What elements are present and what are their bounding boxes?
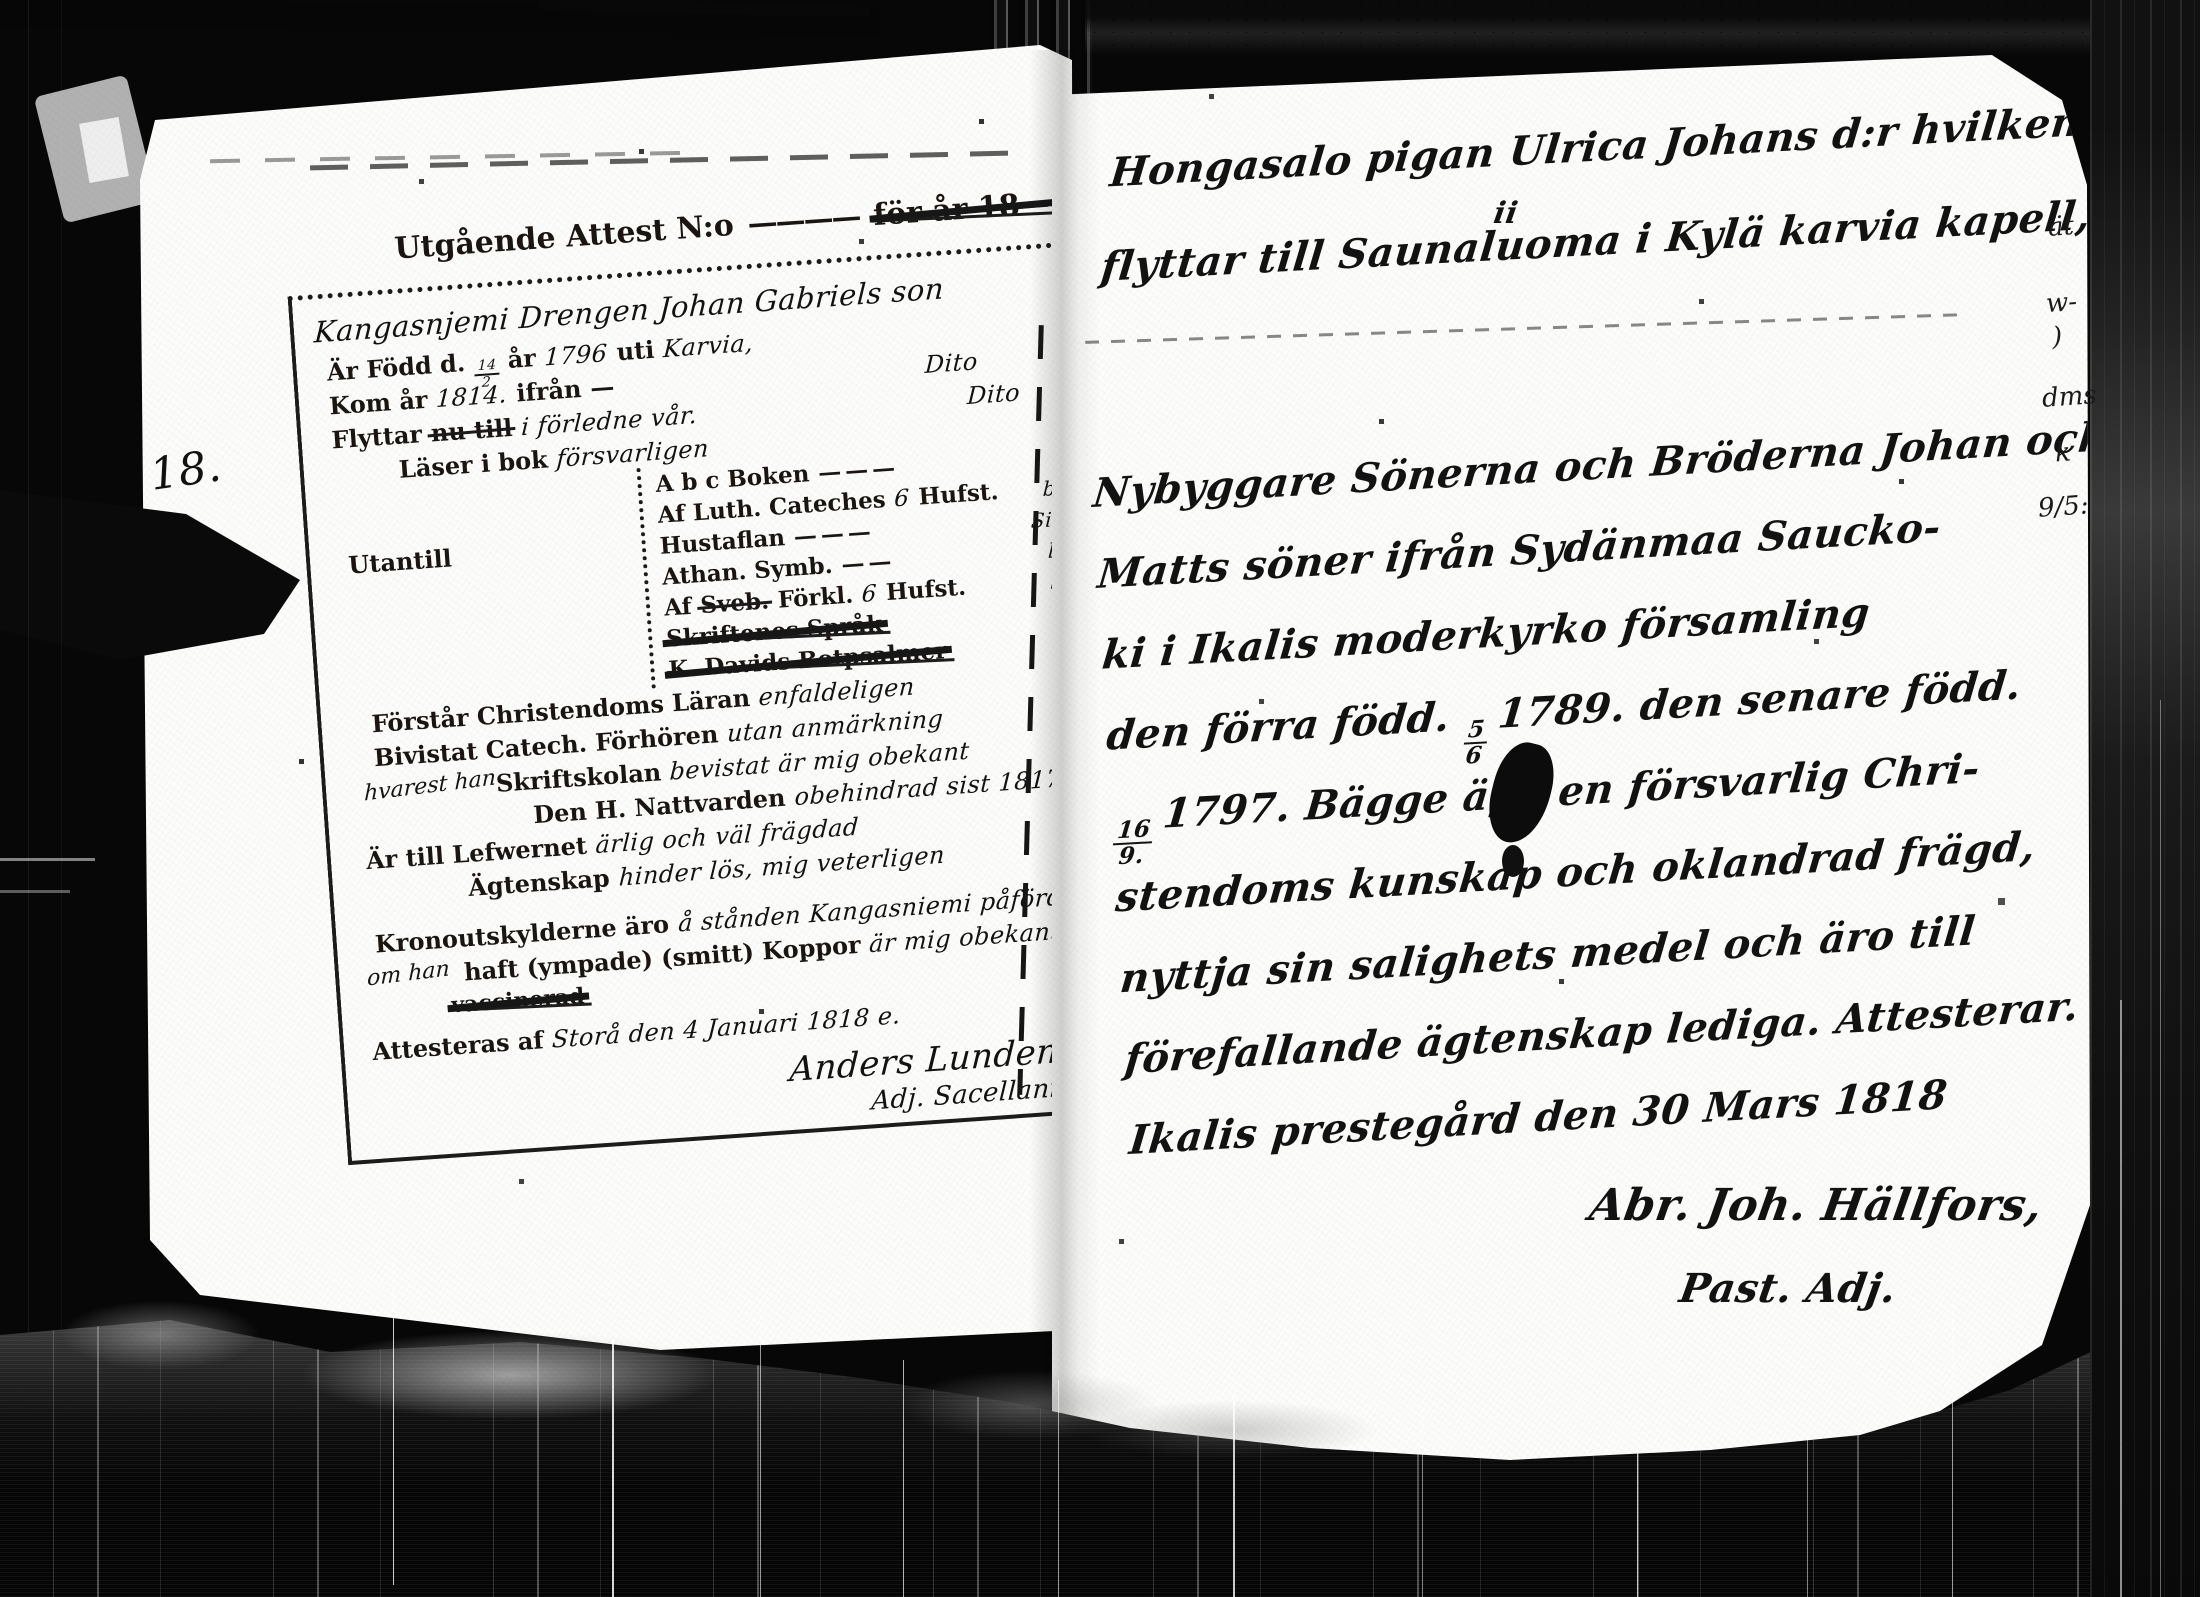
dotted-divider (636, 468, 655, 689)
printed-label: Flyttar (331, 419, 423, 454)
scratch-line (1952, 1300, 1953, 1597)
fraction-numerator: 14 (475, 358, 500, 376)
edge-text-fragment: w- (2045, 287, 2078, 319)
scratch-line (393, 1255, 394, 1585)
edge-text-fragment: ät (2047, 211, 2075, 243)
signature-name: Abr. Joh. Hällfors, (1586, 1180, 2046, 1231)
left-page: 18. Utgående Attest N:o ———— för år 18——… (140, 40, 1075, 1370)
blank-dash: — (589, 372, 613, 402)
printed-label: Hustaflan (659, 524, 786, 560)
form-title: Utgående Attest N:o (393, 208, 735, 267)
scan-blotch (1080, 1400, 1380, 1460)
handwritten-text: 1789. den senare född. (1496, 661, 2024, 738)
margin-entry-number: 18. (147, 440, 225, 500)
printed-label: Skriftskolan (495, 757, 662, 797)
ditto-mark: Dito (966, 378, 1020, 410)
scratch-line (1058, 1380, 1059, 1597)
edge-text-fragment: k (2054, 437, 2072, 468)
ditto-mark: Dito (924, 347, 978, 379)
handwritten-text: Hongasalo pigan Ulrica Johans d:r hvilke… (1108, 94, 2157, 196)
group-label-utantill: Utantill (347, 543, 452, 579)
arrival-year: 1814. (436, 380, 509, 413)
printed-label: ifrån (515, 374, 582, 407)
printed-label: Är Född d. (326, 348, 466, 387)
handwritten-text: flyttar till Saunaluoma i Kylä karvia ka… (1099, 192, 2093, 291)
scan-specks (0, 0, 3, 3)
printed-label: uti (616, 335, 656, 367)
handwritten-text: förefallande ägtenskap lediga. Attestera… (1123, 983, 2082, 1084)
scan-edge-right (2090, 0, 2200, 1597)
scratch-line (2120, 1000, 2122, 1597)
fraction-denominator: 6 (1465, 744, 1484, 769)
printed-label: år (507, 343, 537, 374)
edge-text-fragment: ) (2051, 322, 2063, 353)
printed-label: Hufst. (918, 478, 1000, 511)
printed-label: Ägtenskap (467, 863, 610, 902)
right-page-top-entry: Hongasalo pigan Ulrica Johans d:r hvilke… (1095, 95, 2163, 338)
scratch-line (903, 1360, 904, 1597)
handwritten-line: Hongasalo pigan Ulrica Johans d:r hvilke… (1095, 95, 2155, 192)
right-page-main-entry: Nybyggare Sönerna och Bröderna Johan och… (1092, 404, 2200, 1198)
blank-dash: — — (841, 548, 891, 578)
scratch-line (1233, 1395, 1235, 1597)
handwritten-line: flyttar till Saunaluoma i Kylä karvia ka… (1100, 188, 2160, 285)
understanding-grade: enfaldeligen (758, 672, 916, 711)
scratch-line (1807, 1430, 1808, 1597)
scan-noise-top-right (1085, 0, 2090, 55)
scratch-line (0, 858, 95, 861)
blank-dash: ———— (746, 199, 860, 242)
margin-note: om han (367, 956, 450, 991)
chapter-count: 6 (861, 581, 877, 608)
signature-title: Past. Adj. (1676, 1265, 1900, 1312)
printed-attest-form: Utgående Attest N:o ———— för år 18—— Kan… (254, 186, 1117, 1168)
printed-label: Förkl. (777, 582, 854, 614)
fraction-numerator: 5 (1464, 717, 1489, 745)
handwritten-text: den förra född. (1104, 693, 1452, 760)
scratch-line (1422, 1405, 1423, 1597)
reading-grade: försvarligen (556, 434, 710, 473)
struck-printed-text: vaccinerad (451, 983, 586, 1018)
birth-year: 1796 (544, 339, 608, 372)
printed-label: Hufst. (885, 574, 967, 607)
scratch-line (0, 890, 70, 893)
center-fold-shadow (1030, 50, 1100, 1430)
birth-date-fraction: 16 9. (1110, 817, 1154, 870)
right-page: Hongasalo pigan Ulrica Johans d:r hvilke… (1052, 55, 2092, 1485)
scratch-line (760, 1310, 761, 1597)
scan-blotch (60, 1300, 260, 1370)
fraction-denominator: 9. (1117, 844, 1145, 870)
handwritten-line: Nybyggare Sönerna och Bröderna Johan och… (1092, 404, 2200, 510)
blank-dash: — — — (817, 454, 894, 486)
handwritten-text: Ikalis prestegård den 30 Mars 1818 (1127, 1071, 1950, 1164)
scanned-record-book-spread: 18. Utgående Attest N:o ———— för år 18——… (0, 0, 2200, 1597)
birth-place: Karvia, (662, 329, 754, 363)
scratch-line (2160, 700, 2161, 1597)
printed-label: Läser i bok (398, 445, 549, 484)
struck-printed-text: nu till (430, 413, 514, 448)
handwritten-text: Matts söner ifrån Sydänmaa Saucko- (1095, 504, 1943, 598)
edge-text-fragment: dms (2041, 380, 2098, 414)
struck-printed-text: Sveb. (700, 587, 770, 619)
fraction-numerator: 16 (1113, 817, 1155, 846)
scratch-line (1637, 1420, 1638, 1597)
scratch-line (612, 1340, 614, 1597)
handwritten-text: ki i Ikalis moderkyrko församling (1100, 589, 1872, 679)
printed-label: Attesteras af (371, 1025, 544, 1066)
handwritten-text: nyttja sin salighets medel och äro till (1118, 907, 1978, 1002)
ink-smudge-small (1502, 845, 1524, 877)
scan-blotch (300, 1330, 720, 1420)
form-box: Kangasnjemi Drengen Johan Gabriels son Ä… (288, 242, 1123, 1165)
chapter-count: 6 (894, 485, 910, 512)
blank-dash: — — — (793, 518, 870, 550)
birth-date-fraction: 5 6 (1462, 717, 1490, 769)
printed-label: Af (663, 593, 692, 622)
handwritten-text: stendoms kunskap och oklandrad frägd, (1114, 823, 2038, 922)
handwritten-text: 1797. Bägge äga en försvarlig Chri- (1161, 745, 1982, 838)
edge-text-fragment: 9/5: (2037, 490, 2090, 523)
printed-label: Kom år (328, 385, 428, 421)
